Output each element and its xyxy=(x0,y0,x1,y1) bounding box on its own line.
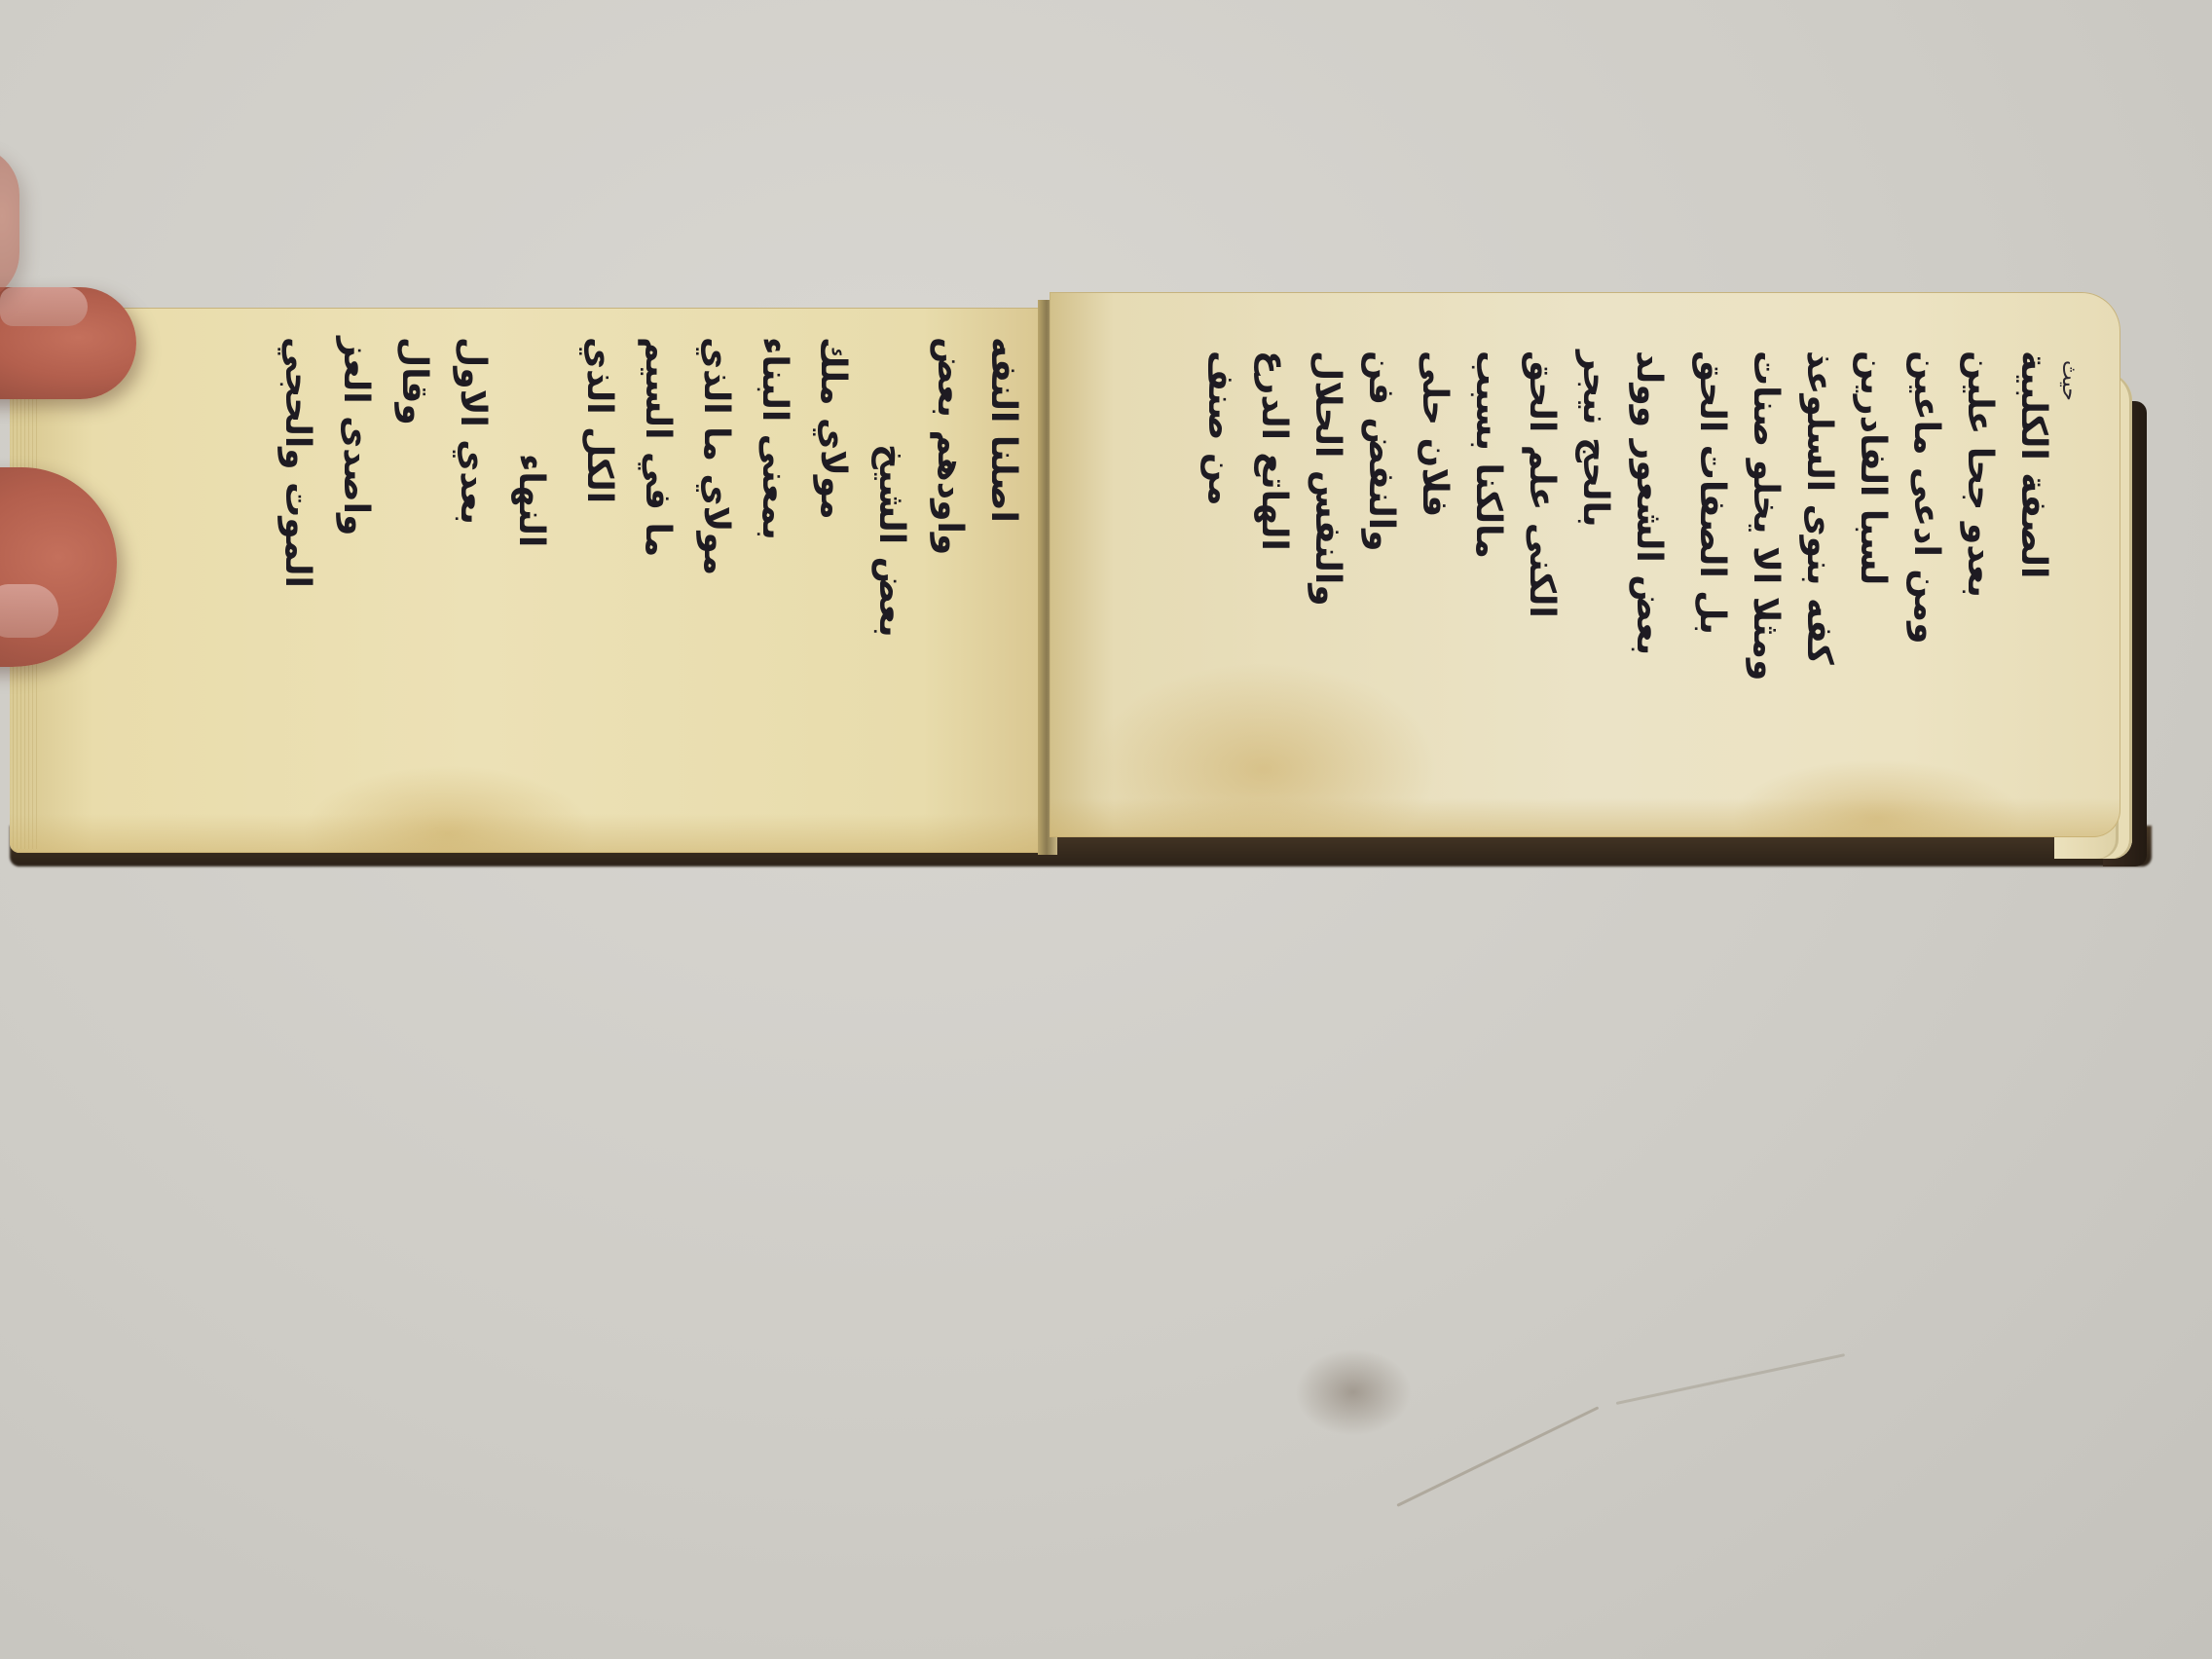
text-line: مولاي ما الذي xyxy=(696,337,735,575)
left-page: اصلنا النفه واودهم بعض بعض الشيخ مولاي م… xyxy=(10,308,1047,853)
text-line: بعض الشعور وولد xyxy=(1629,350,1668,655)
page-wear xyxy=(10,814,1047,853)
text-line: بعدي الاول xyxy=(453,337,492,525)
text-line: والنفس الحلال xyxy=(1308,350,1346,607)
text-line: كفه بنوى السلوعذ xyxy=(1799,350,1838,665)
thumbnail xyxy=(0,287,88,326)
text-line: واصدى العز xyxy=(336,337,375,535)
text-line: والنفض فن xyxy=(1361,350,1400,551)
text-line: ومن ادعى ماعين xyxy=(1906,350,1945,644)
text-line: مالكنا بسبب xyxy=(1468,350,1507,559)
text-line: مولاي ملك xyxy=(813,337,852,520)
text-line: وقال xyxy=(394,337,433,425)
text-line: الصفة الكلبية xyxy=(2013,350,2052,578)
page-wear xyxy=(1050,798,2120,837)
text-line: من صنف xyxy=(1200,350,1239,506)
text-line: الكل الذي xyxy=(579,337,618,503)
right-page: حيث الصفة الكلبية بعدو جحا علين ومن ادعى… xyxy=(1050,292,2120,837)
text-line: واودهم بعض xyxy=(930,337,969,555)
text-line: بل الصفات الحق xyxy=(1692,350,1731,635)
fingernail xyxy=(0,584,58,638)
text-line: بمعنى البناء xyxy=(755,337,793,540)
text-line: الموت والحجي xyxy=(277,337,316,588)
text-line: فلان حلى xyxy=(1415,350,1454,517)
text-line: اصلنا النفه xyxy=(983,337,1022,523)
text-line: الكنى علم الحق xyxy=(1522,350,1561,618)
page-heading: حيث xyxy=(2056,360,2082,401)
text-line: بعض الشيخ xyxy=(871,444,910,638)
text-line: النهاء xyxy=(511,454,550,547)
text-line: ما في السيم xyxy=(638,337,677,557)
open-notebook: اصلنا النفه واودهم بعض بعض الشيخ مولاي م… xyxy=(10,304,2152,898)
tabletop-smudge xyxy=(1295,1348,1412,1436)
text-line: ومثلا الا يخلو صنات xyxy=(1746,350,1785,681)
text-line: الهاتع الدرع xyxy=(1254,350,1293,551)
text-line: بالحج نيجر xyxy=(1575,350,1614,528)
photo-scene: اصلنا النفه واودهم بعض بعض الشيخ مولاي م… xyxy=(0,0,2212,1659)
text-line: لسبا الفادرين xyxy=(1853,350,1892,585)
text-line: بعدو جحا علين xyxy=(1960,350,1999,598)
